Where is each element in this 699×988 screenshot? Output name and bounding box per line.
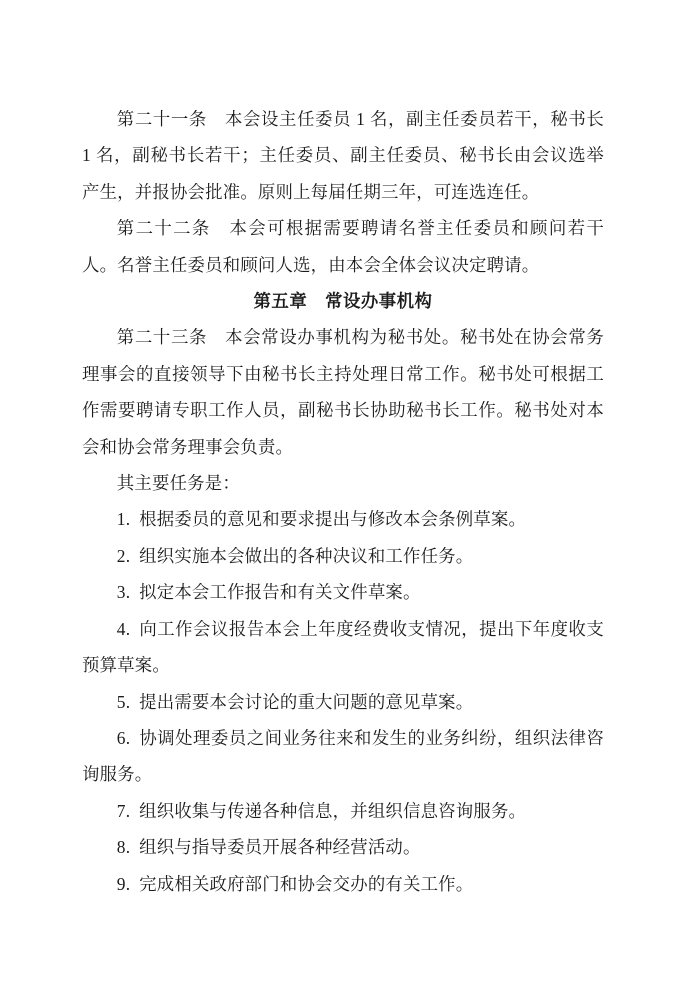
list-item-2: 2. 组织实施本会做出的各种决议和工作任务。 (82, 538, 604, 574)
paragraph-article-22: 第二十二条 本会可根据需要聘请名誉主任委员和顾问若干人。名誉主任委员和顾问人选，… (82, 210, 604, 283)
list-item-8: 8. 组织与指导委员开展各种经营活动。 (82, 829, 604, 865)
chapter-heading: 第五章 常设办事机构 (82, 283, 604, 319)
paragraph-tasks-intro: 其主要任务是： (82, 465, 604, 501)
list-item-9: 9. 完成相关政府部门和协会交办的有关工作。 (82, 866, 604, 902)
list-item-1: 1. 根据委员的意见和要求提出与修改本会条例草案。 (82, 501, 604, 537)
list-item-5: 5. 提出需要本会讨论的重大问题的意见草案。 (82, 684, 604, 720)
paragraph-article-23: 第二十三条 本会常设办事机构为秘书处。秘书处在协会常务理事会的直接领导下由秘书长… (82, 319, 604, 465)
list-item-7: 7. 组织收集与传递各种信息，并组织信息咨询服务。 (82, 793, 604, 829)
list-item-3: 3. 拟定本会工作报告和有关文件草案。 (82, 574, 604, 610)
paragraph-article-21: 第二十一条 本会设主任委员 1 名，副主任委员若干，秘书长 1 名，副秘书长若干… (82, 101, 604, 210)
list-item-4: 4. 向工作会议报告本会上年度经费收支情况，提出下年度收支预算草案。 (82, 611, 604, 684)
document-content: 第二十一条 本会设主任委员 1 名，副主任委员若干，秘书长 1 名，副秘书长若干… (82, 101, 604, 902)
list-item-6: 6. 协调处理委员之间业务往来和发生的业务纠纷，组织法律咨询服务。 (82, 720, 604, 793)
document-page: 第二十一条 本会设主任委员 1 名，副主任委员若干，秘书长 1 名，副秘书长若干… (0, 0, 699, 988)
